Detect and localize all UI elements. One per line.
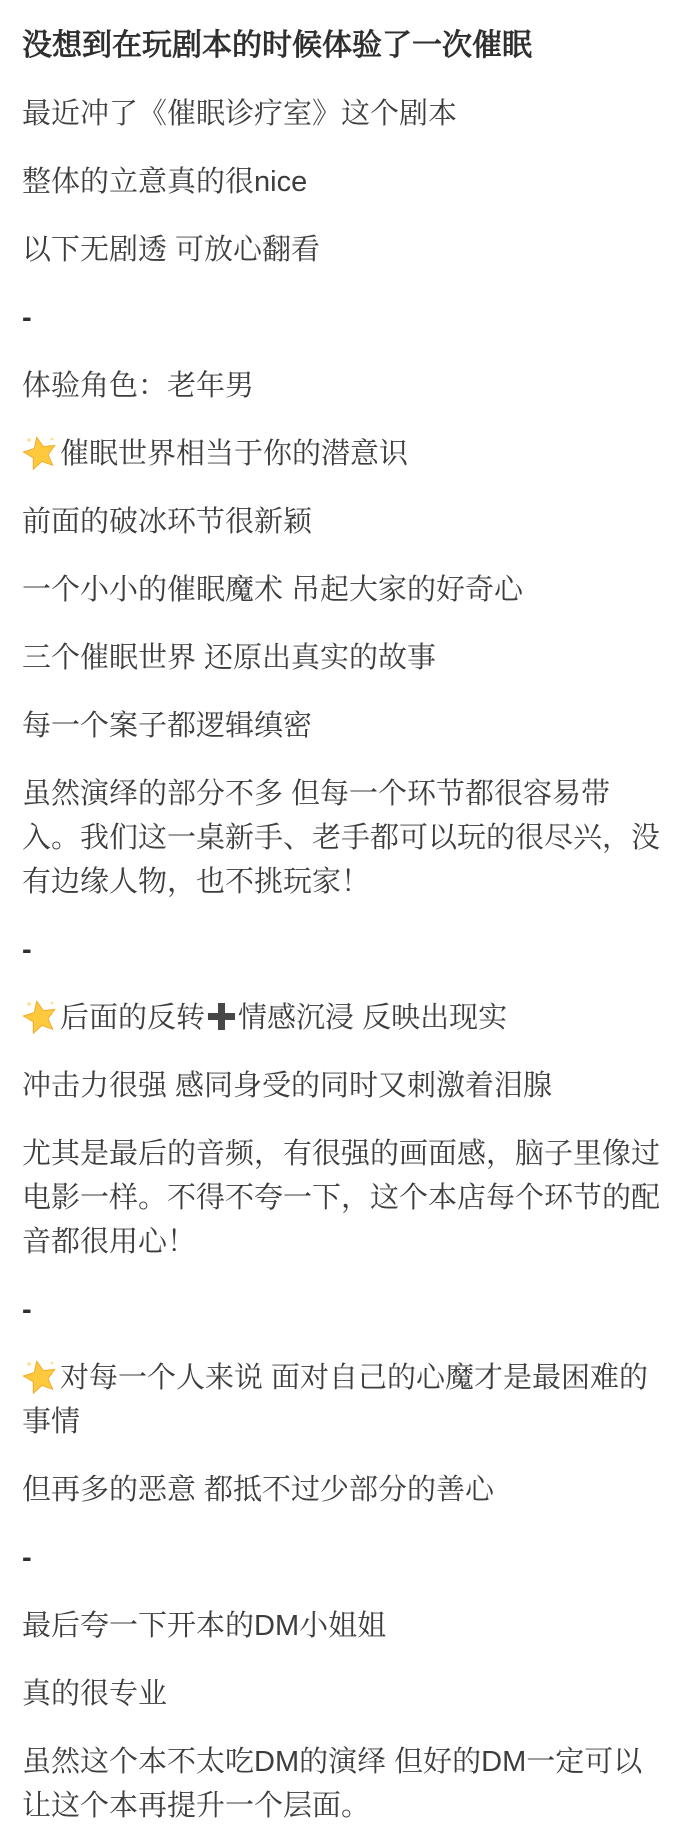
- highlight-text: 催眠世界相当于你的潜意识: [60, 438, 408, 470]
- paragraph: 尤其是最后的音频，有很强的画面感，脑子里像过电影一样。不得不夸一下，这个本店每个…: [22, 1132, 660, 1264]
- highlight-line: 后面的反转情感沉浸 反映出现实: [22, 996, 660, 1040]
- post-title: 没想到在玩剧本的时候体验了一次催眠: [22, 24, 660, 68]
- highlight-text: 对每一个人来说 面对自己的心魔才是最困难的事情: [22, 1362, 648, 1438]
- paragraph: 一个小小的催眠魔术 吊起大家的好奇心: [22, 568, 660, 612]
- heavy-plus-icon: [208, 1003, 235, 1030]
- paragraph: 最近冲了《催眠诊疗室》这个剧本: [22, 92, 660, 136]
- highlight-line: 对每一个人来说 面对自己的心魔才是最困难的事情: [22, 1356, 660, 1444]
- glowing-star-icon: [22, 434, 58, 470]
- paragraph: 以下无剧透 可放心翻看: [22, 228, 660, 272]
- paragraph: 真的很专业: [22, 1672, 660, 1716]
- paragraph: 最后夸一下开本的DM小姐姐: [22, 1604, 660, 1648]
- paragraph: 前面的破冰环节很新颖: [22, 500, 660, 544]
- paragraph: 整体的立意真的很nice: [22, 160, 660, 204]
- paragraph: 虽然演绎的部分不多 但每一个环节都很容易带入。我们这一桌新手、老手都可以玩的很尽…: [22, 772, 660, 904]
- paragraph: 冲击力很强 感同身受的同时又刺激着泪腺: [22, 1064, 660, 1108]
- paragraph: 每一个案子都逻辑缜密: [22, 704, 660, 748]
- paragraph: 三个催眠世界 还原出真实的故事: [22, 636, 660, 680]
- glowing-star-icon: [22, 998, 58, 1034]
- glowing-star-icon: [22, 1358, 58, 1394]
- paragraph: 但再多的恶意 都抵不过少部分的善心: [22, 1468, 660, 1512]
- divider: -: [22, 296, 660, 340]
- divider: -: [22, 1288, 660, 1332]
- divider: -: [22, 1536, 660, 1580]
- highlight-text: 后面的反转: [60, 1002, 205, 1034]
- paragraph-role: 体验角色：老年男: [22, 364, 660, 408]
- highlight-text: 情感沉浸 反映出现实: [238, 1002, 507, 1034]
- post-body: 没想到在玩剧本的时候体验了一次催眠 最近冲了《催眠诊疗室》这个剧本 整体的立意真…: [0, 0, 684, 1828]
- paragraph: 虽然这个本不太吃DM的演绎 但好的DM一定可以让这个本再提升一个层面。: [22, 1740, 660, 1828]
- divider: -: [22, 928, 660, 972]
- highlight-line: 催眠世界相当于你的潜意识: [22, 432, 660, 476]
